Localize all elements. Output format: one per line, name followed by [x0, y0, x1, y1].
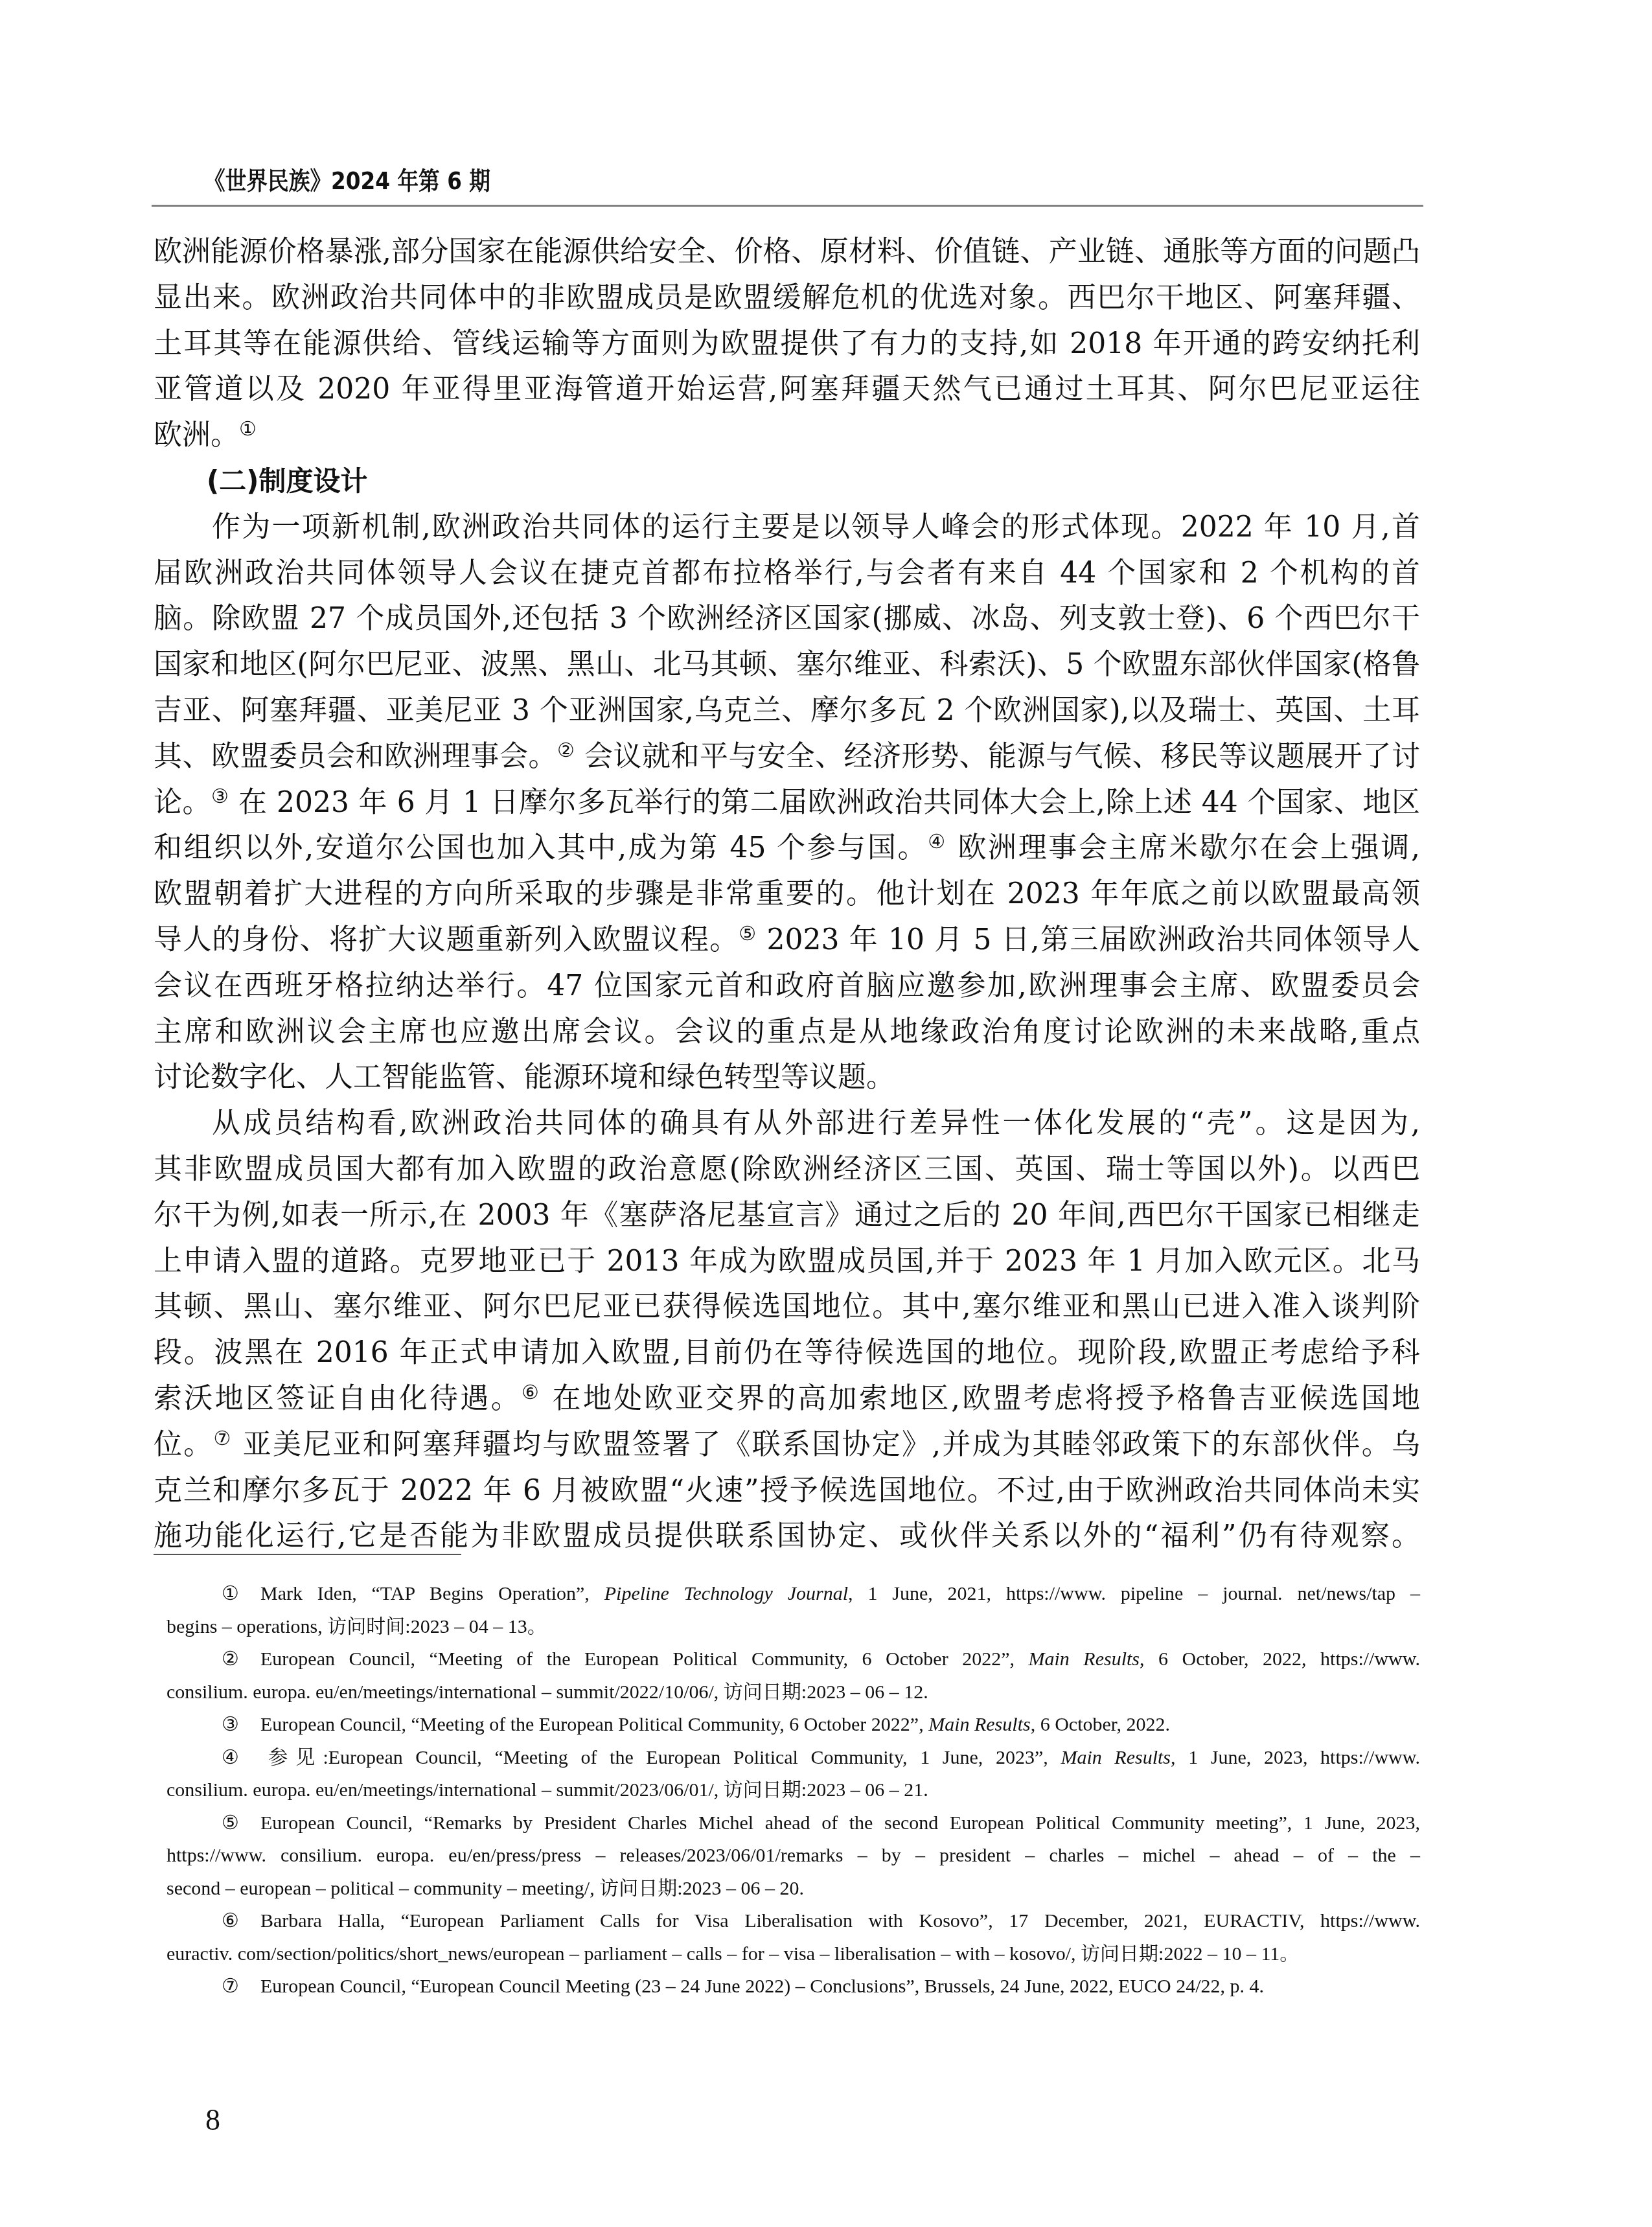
line-text: 导人的身份、将扩大议题重新列入欧盟议程。 — [154, 923, 739, 956]
footnote-ref[interactable]: ⑥ — [522, 1381, 541, 1404]
line-text: 其、欧盟委员会和欧洲理事会。 — [154, 740, 557, 773]
body-line: 导人的身份、将扩大议题重新列入欧盟议程。⑤ 2023 年 10 月 5 日,第三… — [154, 917, 1420, 963]
citation-text: , 6 October, 2022. — [1031, 1714, 1170, 1735]
footnote-number: ⑦ — [222, 1970, 260, 2003]
citation-text: second – european – political – communit… — [166, 1878, 804, 1899]
body-line: 欧盟朝着扩大进程的方向所采取的步骤是非常重要的。他计划在 2023 年年底之前以… — [154, 871, 1420, 917]
citation-source-title: Main Results — [1061, 1747, 1171, 1768]
body-line: 作为一项新机制,欧洲政治共同体的运行主要是以领导人峰会的形式体现。2022 年 … — [154, 505, 1420, 550]
line-text: 上申请入盟的道路。克罗地亚已于 2013 年成为欧盟成员国,并于 2023 年 … — [154, 1245, 1420, 1278]
body-line: 上申请入盟的道路。克罗地亚已于 2013 年成为欧盟成员国,并于 2023 年 … — [154, 1239, 1420, 1284]
body-line: 主席和欧洲议会主席也应邀出席会议。会议的重点是从地缘政治角度讨论欧洲的未来战略,… — [154, 1010, 1420, 1055]
line-text: 国家和地区(阿尔巴尼亚、波黑、黑山、北马其顿、塞尔维亚、科索沃)、5 个欧盟东部… — [154, 648, 1420, 681]
line-text: 克兰和摩尔多瓦于 2022 年 6 月被欧盟“火速”授予候选国地位。不过,由于欧… — [154, 1474, 1420, 1507]
body-line: 脑。除欧盟 27 个成员国外,还包括 3 个欧洲经济区国家(挪威、冰岛、列支敦士… — [154, 596, 1420, 641]
footnote-line: ③European Council, “Meeting of the Europ… — [166, 1709, 1420, 1741]
line-text: 从成员结构看,欧洲政治共同体的确具有从外部进行差异性一体化发展的“壳”。这是因为… — [212, 1107, 1420, 1140]
body-line: 和组织以外,安道尔公国也加入其中,成为第 45 个参与国。④ 欧洲理事会主席米歇… — [154, 825, 1420, 871]
body-line: 吉亚、阿塞拜疆、亚美尼亚 3 个亚洲国家,乌克兰、摩尔多瓦 2 个欧洲国家),以… — [154, 688, 1420, 733]
citation-text: Barbara Halla, “European Parliament Call… — [260, 1910, 1420, 1932]
footnote-number: ② — [222, 1643, 260, 1676]
footnote-line: ⑦European Council, “European Council Mee… — [166, 1970, 1420, 2003]
footnote-number: ⑥ — [222, 1905, 260, 1937]
line-text: 会议就和平与安全、经济形势、能源与气候、移民等议题展开了讨 — [575, 740, 1420, 773]
line-text: 其非欧盟成员国大都有加入欧盟的政治意愿(除欧洲经济区三国、英国、瑞士等国以外)。… — [154, 1153, 1420, 1186]
citation-text: European Council, “European Council Meet… — [260, 1976, 1264, 1997]
line-text: 尔干为例,如表一所示,在 2003 年《塞萨洛尼基宣言》通过之后的 20 年间,… — [154, 1199, 1420, 1232]
citation-text: euractiv. com/section/politics/short_new… — [166, 1943, 1299, 1965]
citation-source-title: Main Results — [1029, 1648, 1140, 1670]
line-text: 和组织以外,安道尔公国也加入其中,成为第 45 个参与国。 — [154, 831, 928, 864]
citation-text: European Council, “Remarks by President … — [260, 1812, 1420, 1834]
line-text: 其顿、黑山、塞尔维亚、阿尔巴尼亚已获得候选国地位。其中,塞尔维亚和黑山已进入准入… — [154, 1290, 1420, 1323]
body-line: 显出来。欧洲政治共同体中的非欧盟成员是欧盟缓解危机的优选对象。西巴尔干地区、阿塞… — [154, 275, 1420, 321]
footnote-number: ① — [222, 1578, 260, 1610]
body-line: 段。波黑在 2016 年正式申请加入欧盟,目前仍在等待候选国的地位。现阶段,欧盟… — [154, 1330, 1420, 1376]
footnote-line: ②European Council, “Meeting of the Europ… — [166, 1643, 1420, 1676]
line-text: 欧洲。 — [154, 419, 239, 452]
footnote-line: ⑥Barbara Halla, “European Parliament Cal… — [166, 1905, 1420, 1937]
body-line: 讨论数字化、人工智能监管、能源环境和绿色转型等议题。 — [154, 1055, 1420, 1100]
line-text: 段。波黑在 2016 年正式申请加入欧盟,目前仍在等待候选国的地位。现阶段,欧盟… — [154, 1336, 1420, 1369]
page-number: 8 — [205, 2103, 220, 2137]
citation-text: begins – operations, 访问时间:2023 – 04 – 13… — [166, 1616, 547, 1637]
body-line: 其非欧盟成员国大都有加入欧盟的政治意愿(除欧洲经济区三国、英国、瑞士等国以外)。… — [154, 1147, 1420, 1192]
citation-text: , 1 June, 2023, https://www. — [1171, 1747, 1420, 1768]
header-rule — [152, 205, 1423, 207]
citation-text: , 6 October, 2022, https://www. — [1140, 1648, 1420, 1670]
body-line: 欧洲能源价格暴涨,部分国家在能源供给安全、价格、原材料、价值链、产业链、通胀等方… — [154, 229, 1420, 275]
footnote-ref[interactable]: ③ — [211, 785, 229, 808]
line-text: 论。 — [154, 786, 211, 819]
footnote-number: ⑤ — [222, 1807, 260, 1840]
body-line: 位。⑦ 亚美尼亚和阿塞拜疆均与欧盟签署了《联系国协定》,并成为其睦邻政策下的东部… — [154, 1422, 1420, 1468]
footnote-ref[interactable]: ④ — [928, 831, 947, 853]
footnote-ref[interactable]: ⑤ — [739, 923, 757, 945]
footnote-line: ⑤European Council, “Remarks by President… — [166, 1807, 1420, 1840]
body-line: 论。③ 在 2023 年 6 月 1 日摩尔多瓦举行的第二届欧洲政治共同体大会上… — [154, 780, 1420, 825]
citation-source-title: Main Results — [928, 1714, 1031, 1735]
footnote-line: consilium. europa. eu/en/meetings/intern… — [166, 1774, 1420, 1806]
footnote-line: second – european – political – communit… — [166, 1873, 1420, 1905]
line-text: (二)制度设计 — [207, 465, 367, 497]
line-text: 吉亚、阿塞拜疆、亚美尼亚 3 个亚洲国家,乌克兰、摩尔多瓦 2 个欧洲国家),以… — [154, 694, 1420, 727]
citation-text: European Council, “Meeting of the Europe… — [260, 1714, 928, 1735]
journal-page: 《世界民族》2024 年第 6 期 欧洲能源价格暴涨,部分国家在能源供给安全、价… — [0, 0, 1652, 2227]
citation-text: , 1 June, 2021, https://www. pipeline – … — [848, 1583, 1420, 1604]
footnote-line: ①Mark Iden, “TAP Begins Operation”, Pipe… — [166, 1578, 1420, 1610]
body-line: 亚管道以及 2020 年亚得里亚海管道开始运营,阿塞拜疆天然气已通过土耳其、阿尔… — [154, 367, 1420, 412]
body-line: 会议在西班牙格拉纳达举行。47 位国家元首和政府首脑应邀参加,欧洲理事会主席、欧… — [154, 963, 1420, 1009]
body-line: 尔干为例,如表一所示,在 2003 年《塞萨洛尼基宣言》通过之后的 20 年间,… — [154, 1193, 1420, 1238]
line-text: 脑。除欧盟 27 个成员国外,还包括 3 个欧洲经济区国家(挪威、冰岛、列支敦士… — [154, 602, 1420, 635]
footnote-ref[interactable]: ① — [239, 418, 257, 441]
line-text: 欧洲能源价格暴涨,部分国家在能源供给安全、价格、原材料、价值链、产业链、通胀等方… — [154, 235, 1420, 268]
body-line: 其、欧盟委员会和欧洲理事会。② 会议就和平与安全、经济形势、能源与气候、移民等议… — [154, 734, 1420, 779]
body-line: 从成员结构看,欧洲政治共同体的确具有从外部进行差异性一体化发展的“壳”。这是因为… — [154, 1101, 1420, 1146]
body-line: 届欧洲政治共同体领导人会议在捷克首都布拉格举行,与会者有来自 44 个国家和 2… — [154, 551, 1420, 596]
footnote-line: begins – operations, 访问时间:2023 – 04 – 13… — [166, 1611, 1420, 1643]
footnote-line: ④参见:European Council, “Meeting of the Eu… — [166, 1742, 1420, 1774]
citation-text: consilium. europa. eu/en/meetings/intern… — [166, 1779, 928, 1801]
body-line: 土耳其等在能源供给、管线运输等方面则为欧盟提供了有力的支持,如 2018 年开通… — [154, 321, 1420, 367]
citation-text: https://www. consilium. europa. eu/en/pr… — [166, 1845, 1420, 1866]
citation-text: consilium. europa. eu/en/meetings/intern… — [166, 1681, 928, 1703]
line-text: 讨论数字化、人工智能监管、能源环境和绿色转型等议题。 — [154, 1061, 895, 1094]
body-line: 克兰和摩尔多瓦于 2022 年 6 月被欧盟“火速”授予候选国地位。不过,由于欧… — [154, 1468, 1420, 1514]
line-text: 亚管道以及 2020 年亚得里亚海管道开始运营,阿塞拜疆天然气已通过土耳其、阿尔… — [154, 373, 1420, 406]
footnote-rule — [154, 1554, 461, 1555]
line-text: 在 2023 年 6 月 1 日摩尔多瓦举行的第二届欧洲政治共同体大会上,除上述… — [229, 786, 1420, 819]
body-line: 国家和地区(阿尔巴尼亚、波黑、黑山、北马其顿、塞尔维亚、科索沃)、5 个欧盟东部… — [154, 642, 1420, 687]
line-text: 2023 年 10 月 5 日,第三届欧洲政治共同体领导人 — [757, 923, 1420, 956]
line-text: 显出来。欧洲政治共同体中的非欧盟成员是欧盟缓解危机的优选对象。西巴尔干地区、阿塞… — [154, 281, 1420, 314]
body-line: 其顿、黑山、塞尔维亚、阿尔巴尼亚已获得候选国地位。其中,塞尔维亚和黑山已进入准入… — [154, 1284, 1420, 1330]
footnote-line: consilium. europa. eu/en/meetings/intern… — [166, 1676, 1420, 1709]
line-text: 亚美尼亚和阿塞拜疆均与欧盟签署了《联系国协定》,并成为其睦邻政策下的东部伙伴。乌 — [233, 1428, 1420, 1461]
citation-source-title: Pipeline Technology Journal — [604, 1583, 848, 1604]
line-text: 索沃地区签证自由化待遇。 — [154, 1382, 522, 1415]
line-text: 在地处欧亚交界的高加索地区,欧盟考虑将授予格鲁吉亚候选国地 — [541, 1382, 1420, 1415]
line-text: 施功能化运行,它是否能为非欧盟成员提供联系国协定、或伙伴关系以外的“福利”仍有待… — [154, 1519, 1420, 1552]
line-text: 作为一项新机制,欧洲政治共同体的运行主要是以领导人峰会的形式体现。2022 年 … — [212, 511, 1420, 544]
line-text: 位。 — [154, 1428, 213, 1461]
body-line: 施功能化运行,它是否能为非欧盟成员提供联系国协定、或伙伴关系以外的“福利”仍有待… — [154, 1514, 1420, 1559]
section-heading: (二)制度设计 — [154, 459, 1420, 504]
line-text: 土耳其等在能源供给、管线运输等方面则为欧盟提供了有力的支持,如 2018 年开通… — [154, 327, 1420, 360]
body-line: 欧洲。① — [154, 413, 1420, 458]
citation-text: Mark Iden, “TAP Begins Operation”, — [260, 1583, 604, 1604]
running-head: 《世界民族》2024 年第 6 期 — [204, 161, 490, 196]
line-text: 主席和欧洲议会主席也应邀出席会议。会议的重点是从地缘政治角度讨论欧洲的未来战略,… — [154, 1015, 1420, 1048]
footnote-number: ③ — [222, 1709, 260, 1741]
citation-text: European Council, “Meeting of the Europe… — [260, 1648, 1029, 1670]
footnote-ref[interactable]: ② — [557, 739, 575, 762]
footnote-line: euractiv. com/section/politics/short_new… — [166, 1938, 1420, 1970]
footnote-ref[interactable]: ⑦ — [213, 1427, 232, 1450]
line-text: 欧洲理事会主席米歇尔在会上强调, — [947, 831, 1420, 864]
line-text: 会议在西班牙格拉纳达举行。47 位国家元首和政府首脑应邀参加,欧洲理事会主席、欧… — [154, 969, 1420, 1002]
footnote-number: ④ — [222, 1742, 260, 1774]
line-text: 届欧洲政治共同体领导人会议在捷克首都布拉格举行,与会者有来自 44 个国家和 2… — [154, 557, 1420, 590]
body-line: 索沃地区签证自由化待遇。⑥ 在地处欧亚交界的高加索地区,欧盟考虑将授予格鲁吉亚候… — [154, 1376, 1420, 1422]
line-text: 欧盟朝着扩大进程的方向所采取的步骤是非常重要的。他计划在 2023 年年底之前以… — [154, 877, 1420, 910]
footnote-line: https://www. consilium. europa. eu/en/pr… — [166, 1840, 1420, 1872]
citation-text: 参见:European Council, “Meeting of the Eur… — [260, 1747, 1061, 1768]
